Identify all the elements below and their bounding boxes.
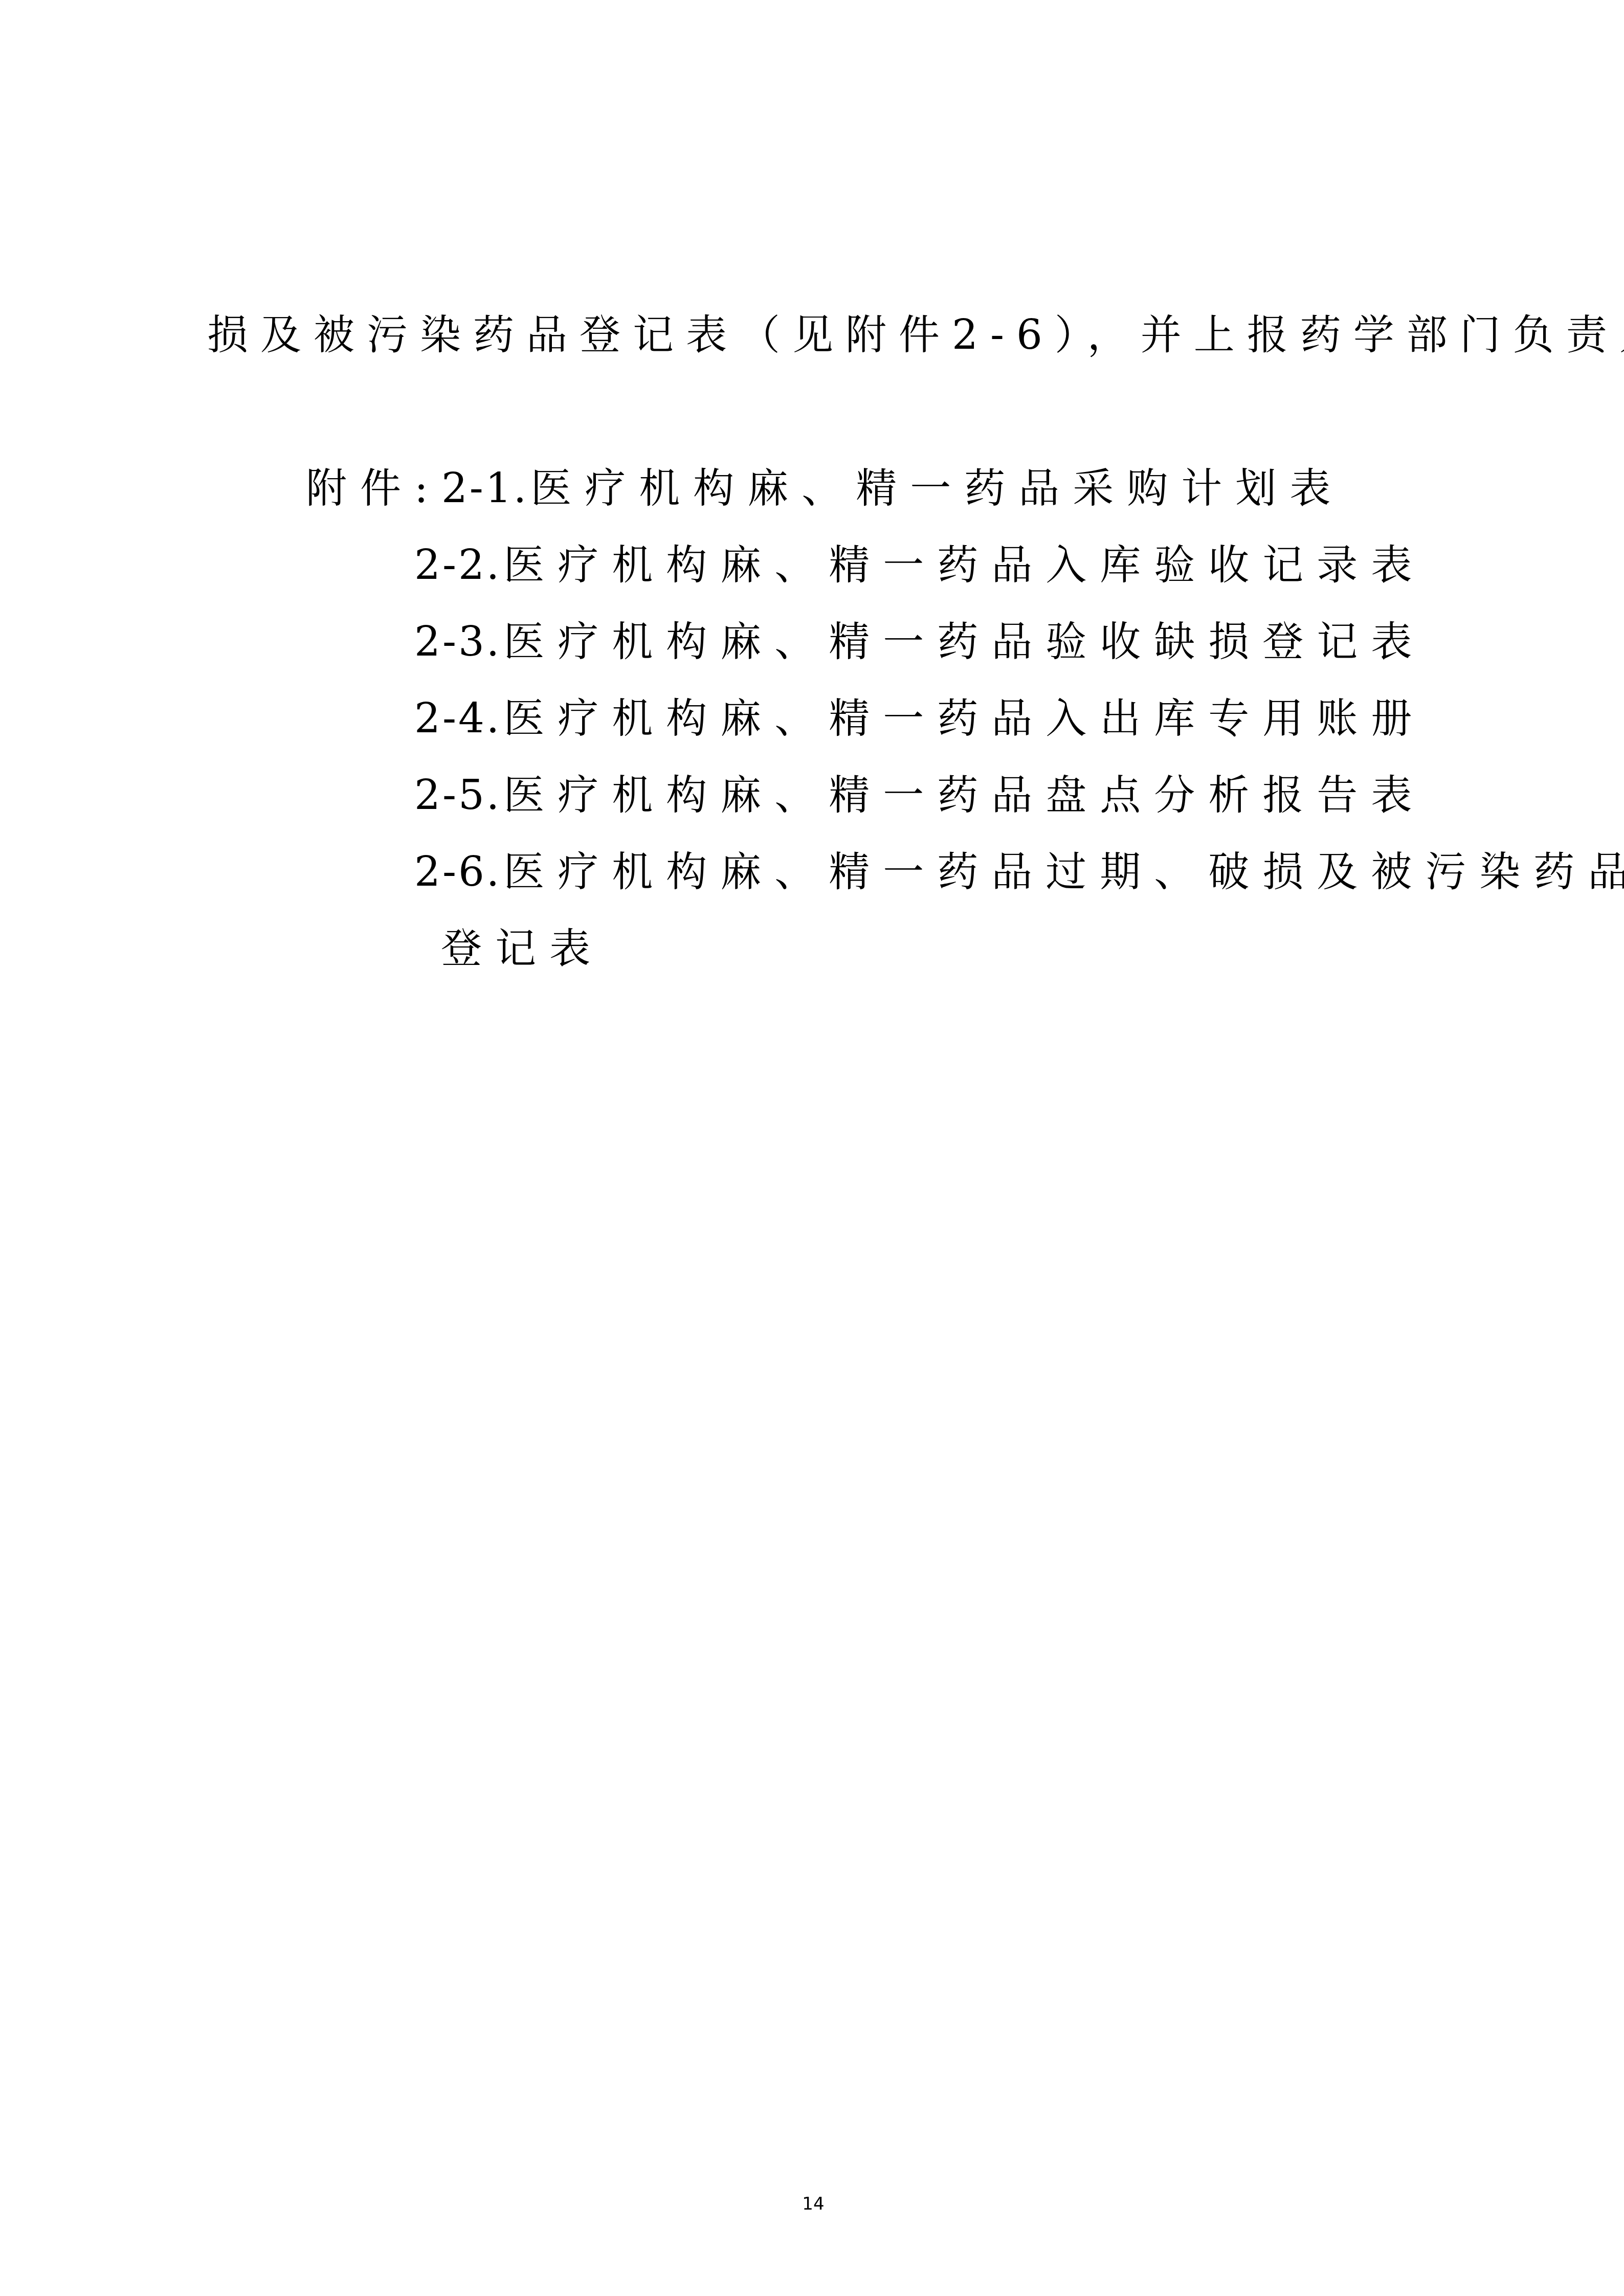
- attachments-first-line: 附件:2-1.医疗机构麻、精一药品采购计划表: [306, 463, 1344, 514]
- document-page: 损及被污染药品登记表（见附件2-6），并上报药学部门负责人。 附件:2-1.医疗…: [0, 0, 1624, 2296]
- paragraph-continuation: 损及被污染药品登记表（见附件2-6），并上报药学部门负责人。: [207, 309, 1624, 361]
- attachment-number: 2-5.: [414, 771, 501, 819]
- attachments-label: 附件:: [306, 464, 441, 512]
- attachment-title: 医疗机构麻、精一药品入出库专用账册: [503, 694, 1425, 742]
- attachment-number: 2-4.: [414, 694, 501, 742]
- attachment-title: 医疗机构麻、精一药品过期、破损及被污染药品: [503, 848, 1624, 895]
- attachment-title: 医疗机构麻、精一药品入库验收记录表: [503, 541, 1425, 589]
- attachment-number: 2-1.: [441, 464, 528, 512]
- attachment-title: 医疗机构麻、精一药品验收缺损登记表: [503, 618, 1425, 665]
- attachment-number: 2-6.: [414, 848, 501, 895]
- attachment-title: 医疗机构麻、精一药品采购计划表: [530, 464, 1344, 512]
- attachment-title: 医疗机构麻、精一药品盘点分析报告表: [503, 771, 1425, 819]
- attachment-item: 2-3.医疗机构麻、精一药品验收缺损登记表: [414, 616, 1425, 667]
- attachment-item: 2-6.医疗机构麻、精一药品过期、破损及被污染药品: [414, 846, 1624, 897]
- attachment-number: 2-2.: [414, 541, 501, 589]
- attachment-item: 2-4.医疗机构麻、精一药品入出库专用账册: [414, 693, 1425, 744]
- page-number: 14: [798, 2191, 829, 2217]
- attachment-title-wrap: 登记表: [441, 923, 604, 974]
- attachment-item: 2-2.医疗机构麻、精一药品入库验收记录表: [414, 539, 1425, 591]
- attachment-number: 2-3.: [414, 618, 501, 665]
- attachment-item: 2-5.医疗机构麻、精一药品盘点分析报告表: [414, 770, 1425, 821]
